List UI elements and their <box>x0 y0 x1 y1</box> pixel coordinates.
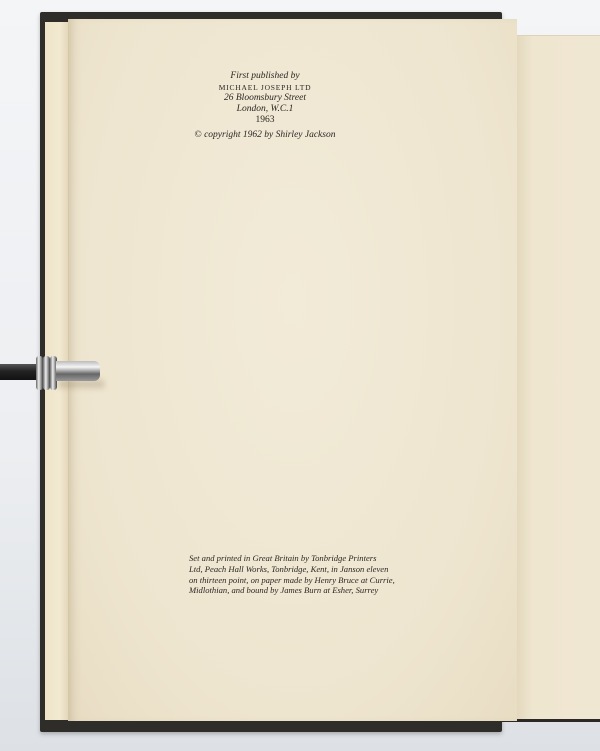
imprint-page: First published by MICHAEL JOSEPH LTD 26… <box>68 19 517 721</box>
publisher-block: First published by MICHAEL JOSEPH LTD 26… <box>41 71 489 126</box>
page-clip <box>0 356 100 390</box>
printer-line: Set and printed in Great Britain by Tonb… <box>189 553 435 564</box>
printer-line: Midlothian, and bound by James Burn at E… <box>189 585 435 596</box>
printer-line: Ltd, Peach Hall Works, Tonbridge, Kent, … <box>189 564 435 575</box>
printer-note: Set and printed in Great Britain by Tonb… <box>189 553 435 596</box>
clip-coil <box>36 356 43 390</box>
clip-coil <box>43 356 50 390</box>
copyright-text: copyright 1962 by Shirley Jackson <box>204 130 335 140</box>
facing-page <box>516 35 600 719</box>
publisher-address: 26 Bloomsbury Street <box>41 93 489 104</box>
printer-line: on thirteen point, on paper made by Henr… <box>189 575 435 586</box>
publication-year: 1963 <box>41 115 489 126</box>
publisher-city: London, W.C.1 <box>41 104 489 115</box>
copyright-icon: © <box>195 130 202 140</box>
publisher-name: MICHAEL JOSEPH LTD <box>41 82 489 93</box>
first-published-line: First published by <box>41 71 489 82</box>
clip-shadow <box>58 380 104 388</box>
copyright-line: © copyright 1962 by Shirley Jackson <box>41 130 489 140</box>
clip-tip <box>56 361 100 381</box>
